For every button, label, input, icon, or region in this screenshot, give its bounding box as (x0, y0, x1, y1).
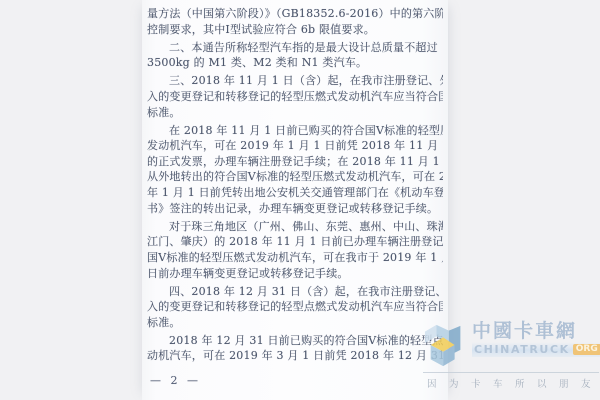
page-number: — 2 — (150, 374, 201, 387)
watermark-brand-chinese: 中國卡車網 (472, 321, 600, 341)
watermark-org-badge: ORG (573, 344, 600, 355)
doc-line: 控制要求，其中Ⅰ型试验应符合 6b 限值要求。 (147, 22, 443, 38)
chinatruck-cube-logo-icon (423, 323, 469, 369)
doc-line: 标准。 (147, 315, 443, 331)
doc-line: 在 2018 年 11 月 1 日前已购买的符合国V标准的轻型压燃式 (147, 123, 443, 139)
doc-line: 四、2018 年 12 月 31 日（含）起，在我市注册登记、外地转 (147, 284, 443, 300)
doc-line: 从外地转出的符合国V标准的轻型压燃式发动机汽车，可在 2019 (147, 169, 443, 185)
doc-line: 量方法（中国第六阶段）》（GB18352.6-2016）中的第六阶段排放 (147, 6, 443, 22)
watermark-tagline: 因为卡车所以朋友 (423, 372, 599, 390)
doc-line: 发动机汽车，可在 2019 年 1 月 1 日前凭 2018 年 11 月 1 … (147, 138, 443, 154)
doc-line: 对于珠三角地区（广州、佛山、东莞、惠州、中山、珠海、 (147, 219, 443, 235)
doc-line: 动机汽车，可在 2019 年 3 月 1 日前凭 2018 年 12 月 31 … (147, 348, 443, 364)
doc-line: 入的变更登记和转移登记的轻型压燃式发动机汽车应当符合国VI (147, 89, 443, 105)
doc-line: 三、2018 年 11 月 1 日（含）起，在我市注册登记、外地转 (147, 73, 443, 89)
chinatruck-watermark: 中國卡車網 CHINATRUCK ORG 因为卡车所以朋友 (423, 321, 599, 390)
doc-line: 二、本通告所称轻型汽车指的是最大设计总质量不超过 (147, 40, 443, 56)
doc-line: 入的变更登记和转移登记的轻型点燃式发动机汽车应当符合国VI (147, 299, 443, 315)
doc-line: 江门、肇庆）的 2018 年 11 月 1 日前已办理车辆注册登记手续的 (147, 234, 443, 250)
doc-line: 日前办理车辆变更登记或转移登记手续。 (147, 266, 443, 282)
doc-line: 国V标准的轻型压燃式发动机汽车，可在我市于 2019 年 1 月 1 (147, 250, 443, 266)
doc-line: 2018 年 12 月 31 日前已购买的符合国V标准的轻型点燃式发 (147, 333, 443, 349)
scanned-notice-photo: 量方法（中国第六阶段）》（GB18352.6-2016）中的第六阶段排放 控制要… (0, 0, 600, 400)
watermark-brand-english: CHINATRUCK (474, 343, 570, 356)
doc-line: 3500kg 的 M1 类、M2 类和 N1 类汽车。 (147, 55, 443, 71)
document-body-text: 量方法（中国第六阶段）》（GB18352.6-2016）中的第六阶段排放 控制要… (147, 6, 443, 364)
doc-line: 书》签注的转出记录，办理车辆变更登记或转移登记手续。 (147, 201, 443, 217)
doc-line: 年 1 月 1 日前凭转出地公安机关交通管理部门在《机动车登记证 (147, 185, 443, 201)
doc-line: 的正式发票，办理车辆注册登记手续；在 2018 年 11 月 1 日前已 (147, 154, 443, 170)
doc-line: 标准。 (147, 105, 443, 121)
